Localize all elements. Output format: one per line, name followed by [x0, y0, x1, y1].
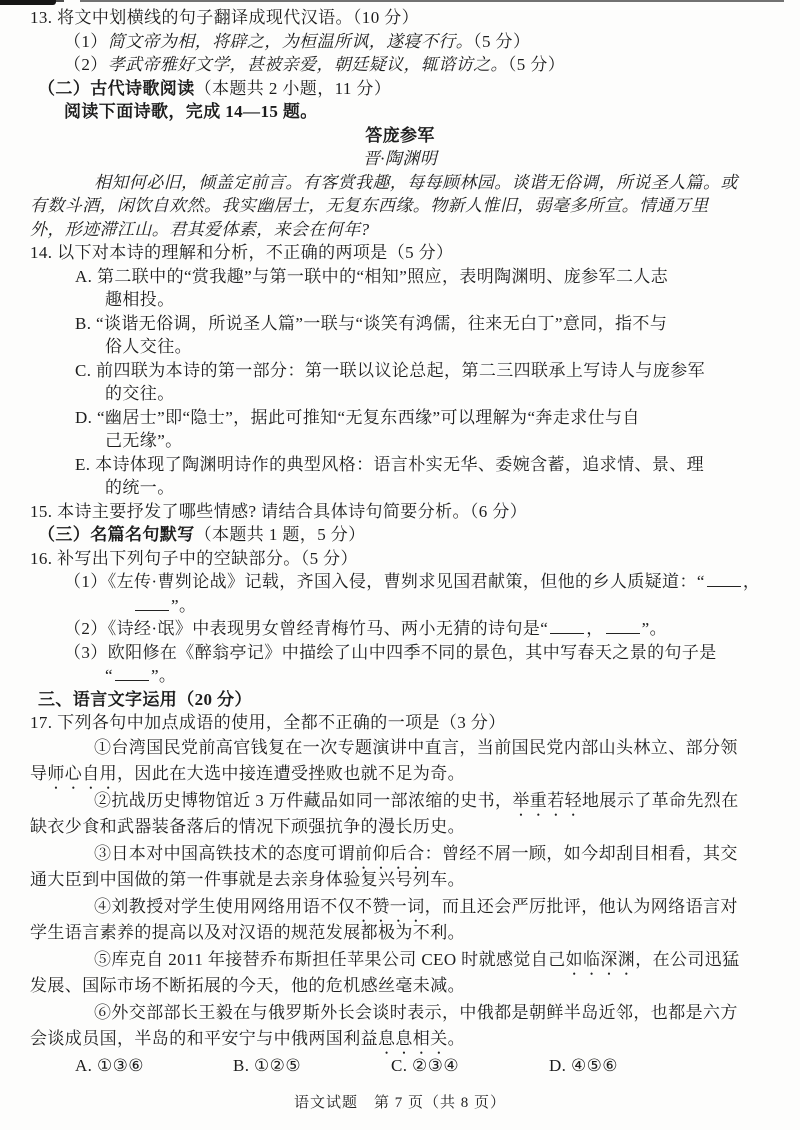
text-line: 会谈成员国，半岛的和平安宁与中俄两国利益息息相关。	[0, 1026, 800, 1053]
text-segment: 缺衣少食和武器装备落后的情况下顽强抗争的漫长历史。	[30, 817, 465, 836]
text-segment: B. “谈谐无俗调，所说圣人篇”一联与“谈笑有鸿儒，往来无白丁”意同，指不与	[75, 314, 667, 333]
text-segment: E. 本诗体现了陶渊明诗作的典型风格：语言朴实无华、委婉含蓄，追求情、景、理	[75, 455, 704, 474]
blank-underline	[606, 619, 640, 634]
text-line: 导师心自用，因此在大选中接连遭受挫败也就不足为奇。	[0, 761, 800, 788]
text-segment: （2）	[64, 55, 108, 74]
text-line: C. 前四联为本诗的第一部分：第一联以议论总起，第二三四联承上写诗人与庞参军	[0, 359, 800, 383]
text-line: 阅读下面诗歌，完成 14—15 题。	[0, 100, 800, 124]
text-line: D. “幽居士”即“隐士”，据此可推知“无复东西缘”可以理解为“奔走求仕与自	[0, 406, 800, 430]
text-line: A. ①③⑥B. ①②⑤C. ②③④D. ④⑤⑥	[0, 1053, 800, 1080]
text-segment: C. 前四联为本诗的第一部分：第一联以议论总起，第二三四联承上写诗人与庞参军	[75, 361, 705, 380]
text-segment: ，而且还会严厉批评，他认为网络语言对	[425, 897, 738, 916]
exam-page: 13. 将文中划横线的句子翻译成现代汉语。（10 分）（1）简文帝为相，将辟之，…	[0, 0, 800, 1130]
text-line: （2）《诗经·氓》中表现男女曾经青梅竹马、两小无猜的诗句是“，”。	[0, 617, 800, 641]
text-line: 俗人交往。	[0, 335, 800, 359]
text-segment: 会谈成员国，半岛的和平安宁与中俄两国利益	[30, 1029, 378, 1048]
text-line: （3）欧阳修在《醉翁亭记》中描绘了山中四季不同的景色，其中写春天之景的句子是	[0, 641, 800, 665]
text-segment: 发展、国际市场不断拓展的今天，他的危机感丝毫未减。	[30, 976, 465, 995]
text-line: 晋·陶渊明	[0, 147, 800, 171]
text-segment: 14. 以下对本诗的理解和分析，不正确的两项是（5 分）	[30, 243, 453, 262]
text-line: 己无缘”。	[0, 429, 800, 453]
text-line: 有数斗酒，闲饮自欢然。我实幽居士，无复东西缘。物新人惟旧，弱毫多所宣。情通万里	[0, 194, 800, 218]
text-segment: ③日本对中国高铁技术的态度可谓	[94, 844, 355, 863]
text-segment: 的统一。	[105, 478, 175, 497]
text-segment: 阅读下面诗歌，完成 14—15 题。	[64, 102, 318, 121]
text-segment: 晋·陶渊明	[363, 149, 437, 168]
text-segment: 俗人交往。	[105, 337, 192, 356]
text-line: （三）名篇名句默写（本题共 1 题，5 分）	[0, 523, 800, 547]
text-segment: 学生语言素养的提高以及对汉语的规范发展都极为不利。	[30, 923, 465, 942]
text-segment: ⑤库克自 2011 年接替乔布斯担任苹果公司 CEO 时就感觉自己	[94, 950, 566, 969]
text-segment: ，	[586, 619, 603, 638]
text-line: 17. 下列各句中加点成语的使用，全都不正确的一项是（3 分）	[0, 711, 800, 735]
text-segment: 16. 补写出下列句子中的空缺部分。（5 分）	[30, 549, 358, 568]
text-line: 的统一。	[0, 476, 800, 500]
text-line: 发展、国际市场不断拓展的今天，他的危机感丝毫未减。	[0, 973, 800, 1000]
scan-corner-artifact	[0, 0, 56, 5]
text-line: A. 第二联中的“赏我趣”与第一联中的“相知”照应，表明陶渊明、庞参军二人志	[0, 265, 800, 289]
text-line: ⑤库克自 2011 年接替乔布斯担任苹果公司 CEO 时就感觉自己如临深渊，在公…	[0, 947, 800, 974]
text-segment: ”。	[642, 619, 667, 638]
text-line: 学生语言素养的提高以及对汉语的规范发展都极为不利。	[0, 920, 800, 947]
exam-document: 13. 将文中划横线的句子翻译成现代汉语。（10 分）（1）简文帝为相，将辟之，…	[0, 6, 800, 1079]
text-line: （1）《左传·曹刿论战》记载，齐国入侵，曹刿求见国君献策，但他的乡人质疑道：“，	[0, 570, 800, 594]
text-segment: 有数斗酒，闲饮自欢然。我实幽居士，无复东西缘。物新人惟旧，弱毫多所宣。情通万里	[30, 196, 709, 215]
text-segment: （1）	[64, 32, 108, 51]
text-line: 16. 补写出下列句子中的空缺部分。（5 分）	[0, 547, 800, 571]
text-segment: （二）古代诗歌阅读	[38, 79, 195, 98]
text-segment: 13. 将文中划横线的句子翻译成现代汉语。（10 分）	[30, 8, 419, 27]
text-line: 答庞参军	[0, 124, 800, 148]
text-segment: 趣相投。	[105, 290, 175, 309]
text-line: 13. 将文中划横线的句子翻译成现代汉语。（10 分）	[0, 6, 800, 30]
text-segment: （2）《诗经·氓》中表现男女曾经青梅竹马、两小无猜的诗句是“	[64, 619, 548, 638]
page-footer: 语文试题 第 7 页（共 8 页）	[0, 1091, 800, 1112]
text-segment: 外，形迹滞江山。君其爱体素，来会在何年?	[30, 220, 370, 239]
text-line: 的交往。	[0, 382, 800, 406]
blank-underline	[115, 666, 149, 681]
answer-option: B. ①②⑤	[233, 1053, 391, 1080]
blank-underline	[135, 595, 169, 610]
answer-option: C. ②③④	[391, 1053, 549, 1080]
emphasized-idiom: 前仰后合	[355, 844, 425, 863]
text-line: ④刘教授对学生使用网络用语不仅不赞一词，而且还会严厉批评，他认为网络语言对	[0, 894, 800, 921]
text-line: 通大臣到中国做的第一件事就是去亲身体验复兴号列车。	[0, 867, 800, 894]
text-line: E. 本诗体现了陶渊明诗作的典型风格：语言朴实无华、委婉含蓄，追求情、景、理	[0, 453, 800, 477]
text-segment: ，因此在大选中接连遭受挫败也就不足为奇。	[117, 764, 465, 783]
blank-underline	[550, 619, 584, 634]
text-segment: ④刘教授对学生使用网络用语不仅	[94, 897, 355, 916]
text-segment: 孝武帝雅好文学，甚被亲爱，朝廷疑议，辄谘访之。	[108, 55, 508, 74]
text-segment: ”。	[151, 666, 176, 685]
text-segment: “	[105, 666, 113, 685]
text-line: ①台湾国民党前高官钱复在一次专题演讲中直言，当前国民党内部山头林立、部分领	[0, 735, 800, 762]
text-line: ⑥外交部部长王毅在与俄罗斯外长会谈时表示，中俄都是朝鲜半岛近邻，也都是六方	[0, 1000, 800, 1027]
text-segment: 17. 下列各句中加点成语的使用，全都不正确的一项是（3 分）	[30, 713, 506, 732]
text-segment: （1）《左传·曹刿论战》记载，齐国入侵，曹刿求见国君献策，但他的乡人质疑道：“	[64, 572, 705, 591]
text-line: 相知何必旧，倾盖定前言。有客赏我趣，每每顾林园。谈谐无俗调，所说圣人篇。或	[0, 171, 800, 195]
text-segment: A. 第二联中的“赏我趣”与第一联中的“相知”照应，表明陶渊明、庞参军二人志	[75, 267, 668, 286]
emphasized-idiom: 如临深渊	[566, 950, 636, 969]
text-segment: （三）名篇名句默写	[38, 525, 195, 544]
text-segment: 15. 本诗主要抒发了哪些情感? 请结合具体诗句简要分析。（6 分）	[30, 502, 527, 521]
emphasized-idiom: 息息相关	[378, 1029, 448, 1048]
text-line: ②抗战历史博物馆近 3 万件藏品如同一部浓缩的史书，举重若轻地展示了革命先烈在	[0, 788, 800, 815]
text-segment: （5 分）	[473, 32, 530, 51]
text-line: 14. 以下对本诗的理解和分析，不正确的两项是（5 分）	[0, 241, 800, 265]
text-line: “”。	[0, 664, 800, 688]
text-segment: ”。	[171, 596, 196, 615]
text-line: （1）简文帝为相，将辟之，为桓温所讽，遂寝不行。（5 分）	[0, 30, 800, 54]
answer-option: D. ④⑤⑥	[549, 1053, 707, 1080]
text-segment: （本题共 2 小题，11 分）	[195, 79, 392, 98]
text-line: 趣相投。	[0, 288, 800, 312]
text-segment: ⑥外交部部长王毅在与俄罗斯外长会谈时表示，中俄都是朝鲜半岛近邻，也都是六方	[94, 1003, 738, 1022]
text-line: B. “谈谐无俗调，所说圣人篇”一联与“谈笑有鸿儒，往来无白丁”意同，指不与	[0, 312, 800, 336]
text-line: （二）古代诗歌阅读（本题共 2 小题，11 分）	[0, 77, 800, 101]
text-line: 外，形迹滞江山。君其爱体素，来会在何年?	[0, 218, 800, 242]
text-segment: 。	[448, 1029, 465, 1048]
text-segment: 三、语言文字运用（20 分）	[38, 690, 252, 709]
text-line: ”。	[0, 594, 800, 618]
text-segment: 答庞参军	[365, 126, 435, 145]
text-line: 15. 本诗主要抒发了哪些情感? 请结合具体诗句简要分析。（6 分）	[0, 500, 800, 524]
scan-edge-artifact	[0, 0, 800, 2]
emphasized-idiom: 师心自用	[47, 764, 117, 783]
text-line: 缺衣少食和武器装备落后的情况下顽强抗争的漫长历史。	[0, 814, 800, 841]
text-segment: ，在公司迅猛	[635, 950, 739, 969]
text-segment: 相知何必旧，倾盖定前言。有客赏我趣，每每顾林园。谈谐无俗调，所说圣人篇。或	[94, 173, 738, 192]
text-segment: 简文帝为相，将辟之，为桓温所讽，遂寝不行。	[108, 32, 473, 51]
text-segment: （3）欧阳修在《醉翁亭记》中描绘了山中四季不同的景色，其中写春天之景的句子是	[64, 643, 717, 662]
text-segment: 的交往。	[105, 384, 175, 403]
text-line: （2）孝武帝雅好文学，甚被亲爱，朝廷疑议，辄谘访之。（5 分）	[0, 53, 800, 77]
text-segment: （本题共 1 题，5 分）	[195, 525, 366, 544]
text-segment: D. “幽居士”即“隐士”，据此可推知“无复东西缘”可以理解为“奔走求仕与自	[75, 408, 640, 427]
answer-option: A. ①③⑥	[75, 1053, 233, 1080]
blank-underline	[707, 572, 741, 587]
text-segment: 导	[30, 764, 47, 783]
text-segment: 地展示了革命先烈在	[582, 791, 739, 810]
emphasized-idiom: 举重若轻	[512, 791, 582, 810]
text-line: 三、语言文字运用（20 分）	[0, 688, 800, 712]
text-segment: 通大臣到中国做的第一件事就是去亲身体验复兴号列车。	[30, 870, 465, 889]
text-segment: ①台湾国民党前高官钱复在一次专题演讲中直言，当前国民党内部山头林立、部分领	[94, 738, 738, 757]
text-segment: ②抗战历史博物馆近 3 万件藏品如同一部浓缩的史书，	[94, 791, 512, 810]
text-segment: （5 分）	[508, 55, 565, 74]
text-segment: ，	[743, 572, 760, 591]
text-segment: ：曾经不屑一顾，如今却刮目相看，其交	[425, 844, 738, 863]
text-segment: 己无缘”。	[105, 431, 183, 450]
text-line: ③日本对中国高铁技术的态度可谓前仰后合：曾经不屑一顾，如今却刮目相看，其交	[0, 841, 800, 868]
emphasized-idiom: 不赞一词	[355, 897, 425, 916]
